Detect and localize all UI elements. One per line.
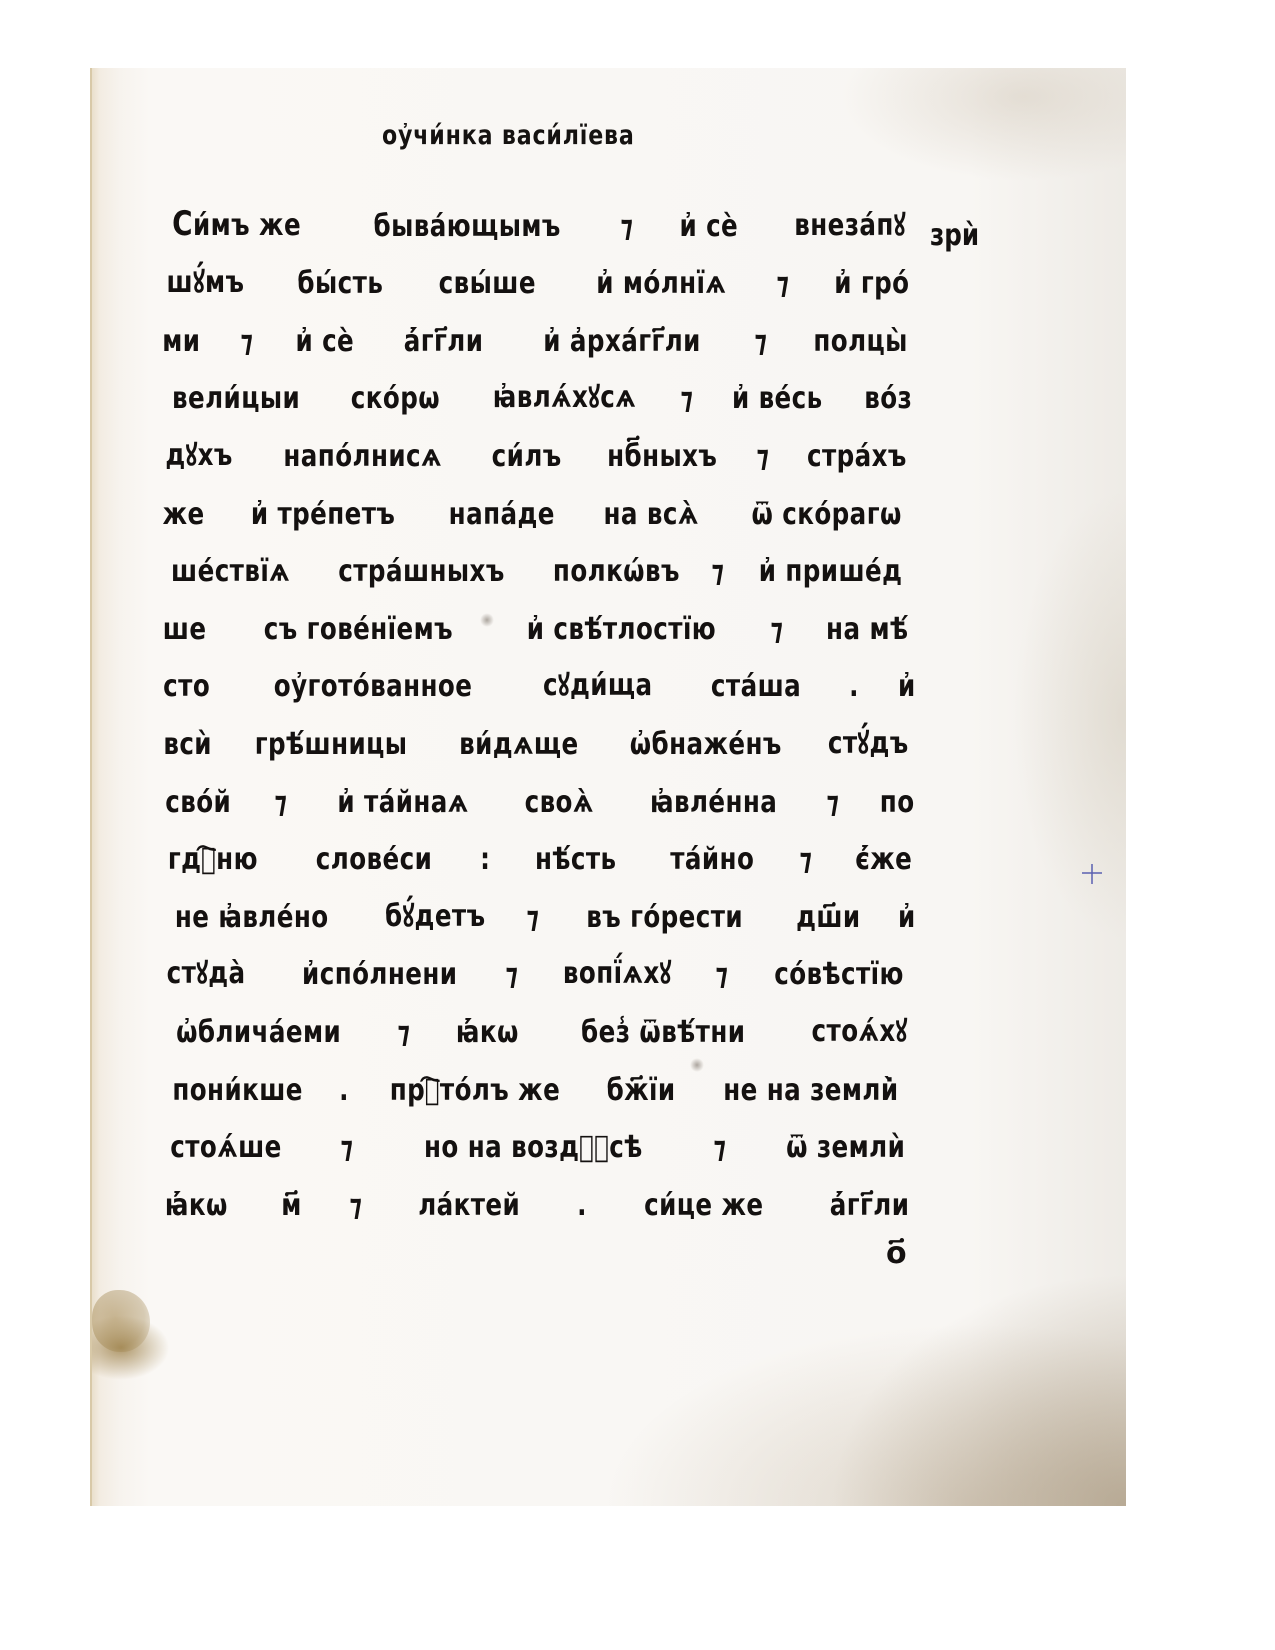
- word: а҆́гг҃ли: [830, 1188, 910, 1223]
- word: внеза́пꙋ: [794, 203, 906, 244]
- text-line: дꙋхъ напо́лнисѧ си́лъ нб҃ныхъ ⁊ стра́хъ: [158, 416, 918, 474]
- word: м҃: [281, 1188, 302, 1223]
- word: и҆ та́йнаѧ: [337, 785, 468, 820]
- word: напо́лнисѧ: [283, 439, 441, 474]
- word: полцы̀: [813, 324, 907, 359]
- word: ꙗ҆вле́нна: [650, 785, 777, 820]
- text-line: Си́мъ же быва́ющымъ ⁊ и҆ сѐ внеза́пꙋ: [158, 186, 918, 244]
- word: ⁊: [756, 439, 769, 474]
- word: и҆ тре́петъ: [251, 497, 395, 532]
- word: стоѧ́ше: [170, 1130, 281, 1165]
- word: со́вѣстїю: [774, 957, 904, 992]
- word: .: [849, 669, 859, 704]
- text-line: ше съ гове́нїемъ и҆ свѣ́тлостїю ⁊ на мѣ́: [158, 589, 918, 647]
- word: :: [480, 842, 490, 877]
- word: стꙋда̀: [167, 951, 246, 992]
- word: ⁊: [680, 381, 693, 416]
- running-head: оу҆чи́нка васи́лїева: [382, 120, 635, 151]
- word: не ꙗ҆вле́но: [175, 900, 329, 935]
- word: ⁊: [340, 1130, 353, 1165]
- word: во́з: [865, 381, 913, 416]
- margin-overhang-word: зрѝ: [930, 218, 979, 253]
- text-line: гдⷭ҇ню слове́си : нѣ́сть та́йно ⁊ є҆́же: [158, 820, 918, 878]
- word: и҆ ве́сь: [732, 381, 823, 416]
- word: ѡ҆блича́еми: [176, 1015, 341, 1050]
- word: ⁊: [274, 785, 287, 820]
- word: ꙗ҆́кѡ: [165, 1188, 228, 1223]
- word: ⁊: [398, 1015, 411, 1050]
- word: ⁊: [754, 324, 767, 359]
- word: ⁊: [713, 1130, 726, 1165]
- word: гдⷭ҇ню: [168, 842, 258, 877]
- word: и҆ прише́д: [759, 554, 903, 589]
- word: ꙗ҆влѧ́хꙋсѧ: [493, 375, 636, 416]
- word: на всѧ̀: [603, 497, 698, 532]
- word: и҆: [898, 669, 916, 704]
- word: и҆ сѐ: [295, 324, 354, 359]
- word: бы́сть: [298, 266, 384, 301]
- text-line: ше́ствїѧ стра́шныхъ полкѡ́въ ⁊ и҆ прише́…: [158, 532, 918, 590]
- word: ше́ствїѧ: [171, 554, 290, 589]
- word: .: [577, 1188, 587, 1223]
- text-line: же и҆ тре́петъ напа́де на всѧ̀ ѿ ско́раг…: [158, 474, 918, 532]
- word: сꙋди́ща: [543, 663, 652, 704]
- word: нб҃ныхъ: [607, 439, 717, 474]
- word: ми: [162, 324, 200, 359]
- water-stain: [92, 1290, 150, 1352]
- word: ⁊: [240, 324, 253, 359]
- text-line: стꙋда̀ и҆спо́лнени ⁊ вопї́ѧхꙋ ⁊ со́вѣстї…: [158, 935, 918, 993]
- word: Си́мъ же: [172, 204, 301, 244]
- word: ⁊: [526, 900, 539, 935]
- word: и҆ свѣ́тлостїю: [527, 612, 716, 647]
- folio-number: о҃: [886, 1236, 907, 1271]
- word: а҆́гг҃ли: [404, 324, 484, 359]
- text-line: ми ⁊ и҆ сѐ а҆́гг҃ли и҆ а҆рха́гг҃ли ⁊ пол…: [158, 301, 918, 359]
- word: ⁊: [712, 554, 725, 589]
- text-line: сво́й ⁊ и҆ та́йнаѧ своѧ̀ ꙗ҆вле́нна ⁊ по: [158, 762, 918, 820]
- word: ѡ҆бнаже́нъ: [629, 727, 781, 762]
- text-line: вели́цыи ско́рѡ ꙗ҆влѧ́хꙋсѧ ⁊ и҆ ве́сь во…: [158, 359, 918, 417]
- word: ⁊: [827, 785, 840, 820]
- text-line: не ꙗ҆вле́но бꙋ́детъ ⁊ въ го́рести дш҃и и…: [158, 877, 918, 935]
- text-line: ѡ҆блича́еми ⁊ ꙗ҆́кѡ без̾ ѿвѣ́тни стоѧ́хꙋ: [158, 992, 918, 1050]
- word: ла́ктей: [419, 1188, 521, 1223]
- word: и҆ сѐ: [679, 209, 738, 244]
- text-line: пони́кше . прⷭ҇то́лъ же бж҃їи не на земл…: [158, 1050, 918, 1108]
- text-line: шꙋ́мъ бы́сть свы́ше и҆ мо́лнїѧ ⁊ и҆ гро́: [158, 244, 918, 302]
- word: грѣ́шницы: [255, 727, 408, 762]
- word: слове́си: [315, 842, 431, 877]
- word: стра́шныхъ: [338, 554, 504, 589]
- word: є҆́же: [855, 842, 912, 877]
- word: не на земли̇̀: [723, 1073, 898, 1108]
- word: ⁊: [715, 957, 728, 992]
- word: и҆ мо́лнїѧ: [596, 266, 726, 301]
- text-line: стоѧ́ше ⁊ но на возд꙼ꙋсѣ ⁊ ѿ землѝ: [158, 1108, 918, 1166]
- word: ви́дѧще: [459, 727, 578, 762]
- text-line: ꙗ҆́кѡ м҃ ⁊ ла́ктей . си́це же а҆́гг҃ли: [158, 1165, 918, 1223]
- word: си́лъ: [492, 439, 562, 474]
- word: без̾ ѿвѣ́тни: [581, 1015, 745, 1050]
- word: стоѧ́хꙋ: [811, 1009, 907, 1050]
- word: по: [879, 785, 914, 820]
- word: ста́ша: [711, 669, 801, 704]
- pen-cross-mark-icon: [1080, 861, 1104, 885]
- word: нѣ́сть: [535, 842, 617, 877]
- word: напа́де: [449, 497, 555, 532]
- word: въ го́рести: [587, 900, 744, 935]
- word: ⁊: [799, 842, 812, 877]
- word: стꙋ́дъ: [828, 721, 909, 762]
- word: шꙋ́мъ: [167, 260, 245, 301]
- word: ⁊: [349, 1188, 362, 1223]
- word: ше: [163, 612, 207, 647]
- word: и҆ а҆рха́гг҃ли: [544, 324, 702, 359]
- word: ⁊: [506, 957, 519, 992]
- word: си́це же: [645, 1188, 764, 1223]
- word: дш҃и: [796, 900, 860, 935]
- word: полкѡ́въ: [553, 554, 680, 589]
- word: ꙗ҆́кѡ: [456, 1015, 519, 1050]
- word: ско́рѡ: [351, 381, 440, 416]
- word: съ гове́нїемъ: [264, 612, 453, 647]
- word: .: [339, 1073, 349, 1108]
- word: ⁊: [620, 209, 633, 244]
- word: прⷭ҇то́лъ же: [389, 1073, 559, 1108]
- word: ⁊: [777, 266, 790, 301]
- word: и҆ гро́: [835, 266, 910, 301]
- word: оу҆гото́ванное: [274, 669, 473, 704]
- word: стра́хъ: [807, 439, 907, 474]
- word: ѿ ско́рагѡ: [751, 497, 901, 532]
- word: вопї́ѧхꙋ: [563, 951, 672, 992]
- word: же: [163, 497, 205, 532]
- word: своѧ̀: [525, 785, 594, 820]
- text-line: всѝ грѣ́шницы ви́дѧще ѡ҆бнаже́нъ стꙋ́дъ: [158, 704, 918, 762]
- word: ѿ землѝ: [786, 1130, 905, 1165]
- word: вели́цыи: [172, 381, 300, 416]
- word: и҆спо́лнени: [302, 957, 457, 992]
- word: бж҃їи: [607, 1073, 676, 1108]
- word: и҆: [898, 900, 916, 935]
- word: на мѣ́: [827, 612, 909, 647]
- word: сто: [163, 669, 210, 704]
- word: дꙋхъ: [165, 433, 232, 474]
- word: всѝ: [163, 727, 212, 762]
- word: та́йно: [670, 842, 754, 877]
- word: свы́ше: [439, 266, 536, 301]
- word: пони́кше: [172, 1073, 303, 1108]
- word: ⁊: [771, 612, 784, 647]
- word: быва́ющымъ: [373, 209, 560, 244]
- text-line: сто оу҆гото́ванное сꙋди́ща ста́ша . и҆: [158, 647, 918, 705]
- word: бꙋ́детъ: [385, 894, 485, 935]
- word: но на возд꙼ꙋсѣ: [424, 1130, 643, 1165]
- word: сво́й: [165, 785, 231, 820]
- book-page: оу҆чи́нка васи́лїева зрѝ Си́мъ же быва́ю…: [90, 68, 1126, 1506]
- body-text: Си́мъ же быва́ющымъ ⁊ и҆ сѐ внеза́пꙋ шꙋ́…: [158, 186, 918, 1223]
